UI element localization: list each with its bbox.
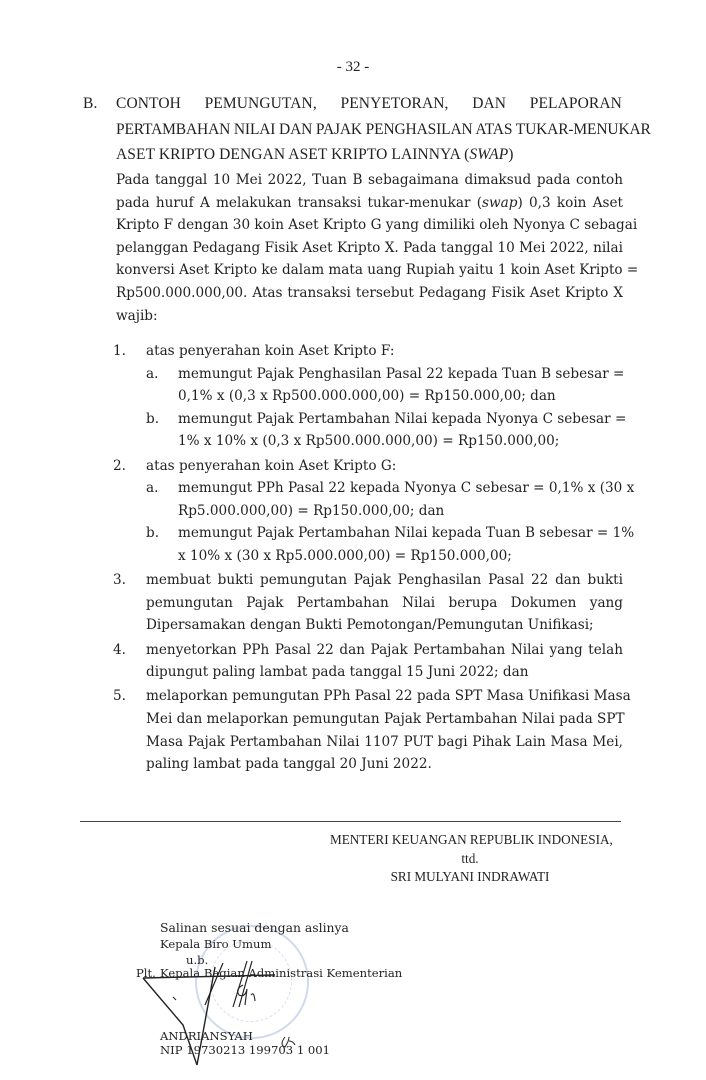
section-letter: B. <box>83 95 97 113</box>
list-item-text: Mei dan melaporkan pemungutan Pajak Pert… <box>146 708 623 731</box>
list-item-number: 1. <box>113 340 126 363</box>
list-item-text: pemungutan Pajak Pertambahan Nilai berup… <box>146 592 623 615</box>
list-item-text: atas penyerahan koin Aset Kripto F: <box>146 340 623 363</box>
sub-item-text: memungut PPh Pasal 22 kepada Nyonya C se… <box>178 477 623 500</box>
section-heading-line3: ASET KRIPTO DENGAN ASET KRIPTO LAINNYA (… <box>116 146 622 164</box>
sub-item-letter: a. <box>146 363 158 386</box>
sub-item-text: x 10% x (30 x Rp5.000.000,00) = Rp150.00… <box>178 545 623 568</box>
list-item-number: 4. <box>113 639 126 662</box>
list-item-number: 3. <box>113 569 126 592</box>
official-name: ANDRIANSYAH <box>160 1029 253 1043</box>
heading-italic-swap: SWAP <box>469 146 508 163</box>
page-number: - 32 - <box>0 59 706 76</box>
intro-line: Rp500.000.000,00. Atas transaksi tersebu… <box>116 282 623 305</box>
heading-word: PENYETORAN, <box>340 95 448 113</box>
list-item-number: 2. <box>113 455 126 478</box>
signature-title: MENTERI KEUANGAN REPUBLIK INDONESIA, <box>330 832 610 848</box>
list-item-text: atas penyerahan koin Aset Kripto G: <box>146 455 623 478</box>
sub-item-text: 0,1% x (0,3 x Rp500.000.000,00) = Rp150.… <box>178 385 623 408</box>
intro-line: Kripto F dengan 30 koin Aset Kripto G ya… <box>116 214 623 237</box>
heading-word: PEMUNGUTAN, <box>205 95 317 113</box>
sub-item-letter: b. <box>146 522 159 545</box>
heading-word: PELAPORAN <box>530 95 622 113</box>
list-item-text: menyetorkan PPh Pasal 22 dan Pajak Perta… <box>146 639 623 662</box>
intro-line: pelanggan Pedagang Fisik Aset Kripto X. … <box>116 237 623 260</box>
intro-line: pada huruf A melakukan transaksi tukar-m… <box>116 192 623 215</box>
list-item-text: Masa Pajak Pertambahan Nilai 1107 PUT ba… <box>146 731 623 754</box>
sub-item-letter: b. <box>146 408 159 431</box>
section-heading-line2: PERTAMBAHAN NILAI DAN PAJAK PENGHASILAN … <box>116 121 622 139</box>
sub-item-text: memungut Pajak Pertambahan Nilai kepada … <box>178 408 623 431</box>
heading-text-end: ) <box>508 146 513 163</box>
intro-line: wajib: <box>116 305 623 328</box>
sub-item-text: memungut Pajak Penghasilan Pasal 22 kepa… <box>178 363 623 386</box>
sub-item-text: Rp5.000.000,00) = Rp150.000,00; dan <box>178 500 623 523</box>
list-item-text: membuat bukti pemungutan Pajak Penghasil… <box>146 569 623 592</box>
intro-paragraph: Pada tanggal 10 Mei 2022, Tuan B sebagai… <box>116 169 623 327</box>
list-item-text: melaporkan pemungutan PPh Pasal 22 pada … <box>146 685 623 708</box>
official-nip: NIP 19730213 199703 1 001 <box>160 1043 330 1057</box>
sub-item-text: 1% x 10% x (0,3 x Rp500.000.000,00) = Rp… <box>178 430 623 453</box>
list-item-text: paling lambat pada tanggal 20 Juni 2022. <box>146 753 623 776</box>
signature-name: SRI MULYANI INDRAWATI <box>330 869 610 885</box>
heading-word: CONTOH <box>116 95 181 113</box>
divider-line <box>80 821 621 822</box>
heading-text: ASET KRIPTO DENGAN ASET KRIPTO LAINNYA ( <box>116 146 469 163</box>
list-item-text: Dipersamakan dengan Bukti Pemotongan/Pem… <box>146 614 623 637</box>
signature-ttd: ttd. <box>330 851 610 867</box>
copy-line1: Salinan sesuai dengan aslinya <box>160 920 349 935</box>
list-item-text: dipungut paling lambat pada tanggal 15 J… <box>146 661 623 684</box>
list-item-number: 5. <box>113 685 126 708</box>
sub-item-text: memungut Pajak Pertambahan Nilai kepada … <box>178 522 623 545</box>
heading-word: DAN <box>472 95 506 113</box>
sub-item-letter: a. <box>146 477 158 500</box>
section-heading-line1: CONTOHPEMUNGUTAN,PENYETORAN,DANPELAPORAN <box>116 95 622 113</box>
intro-line: konversi Aset Kripto ke dalam mata uang … <box>116 259 623 282</box>
intro-line: Pada tanggal 10 Mei 2022, Tuan B sebagai… <box>116 169 623 192</box>
